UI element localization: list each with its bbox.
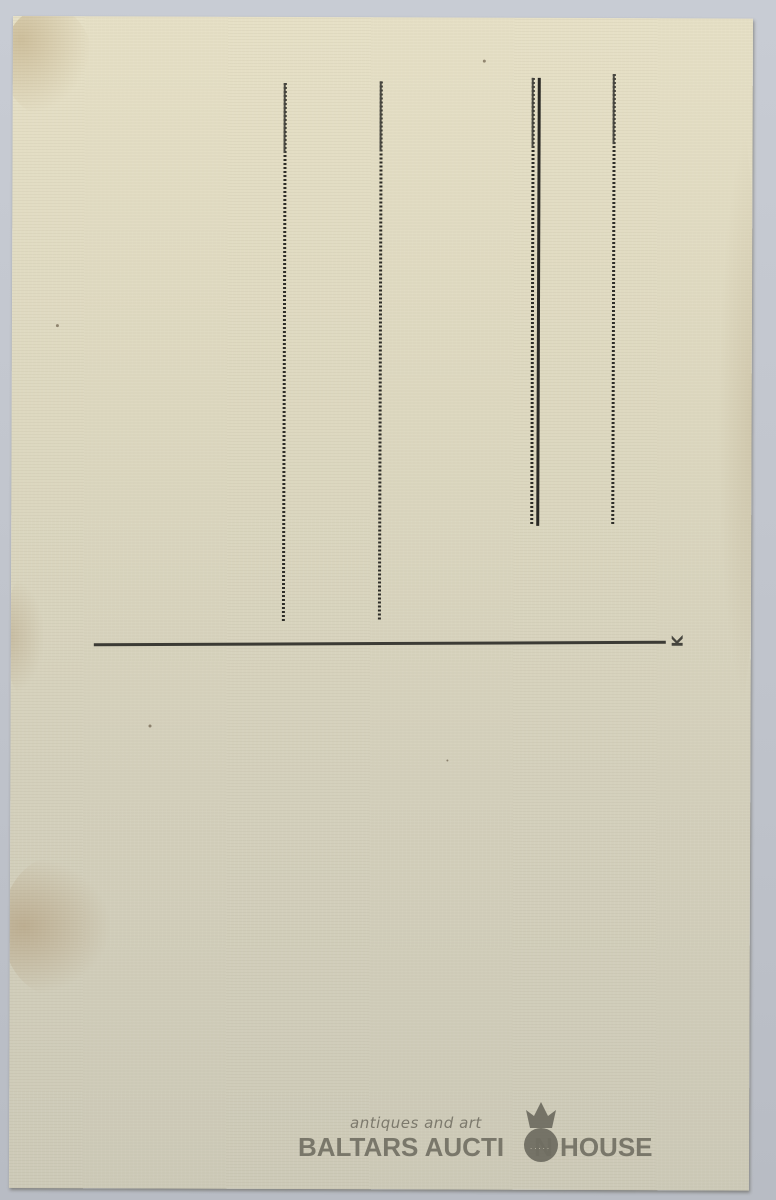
paper-speck [446, 760, 448, 762]
address-line-3-solid [536, 78, 541, 526]
divider-line [94, 641, 666, 646]
age-stain [9, 16, 93, 116]
address-line-1 [282, 83, 287, 621]
age-stain [9, 576, 45, 696]
watermark-tagline: antiques and art [350, 1114, 482, 1132]
address-line-3 [530, 78, 535, 526]
address-line-4 [611, 74, 616, 524]
age-stain [9, 856, 112, 996]
watermark-name: BALTARS AUCTIN HOUSE [298, 1132, 653, 1163]
paper-speck [483, 60, 486, 63]
paper-speck [149, 724, 152, 727]
watermark-name-part1: BALTARS AUCTI [298, 1132, 504, 1162]
postcard-back: K [9, 16, 753, 1191]
address-line-2 [378, 81, 383, 621]
paper-speck [56, 324, 59, 327]
crown-icon [524, 1102, 558, 1128]
globe-dots: ..... [530, 1143, 551, 1151]
globe-icon: ..... [524, 1128, 558, 1162]
printer-mark: K [669, 635, 687, 647]
age-stain [717, 118, 753, 718]
auction-house-watermark: antiques and art BALTARS AUCTIN HOUSE ..… [298, 1100, 698, 1170]
